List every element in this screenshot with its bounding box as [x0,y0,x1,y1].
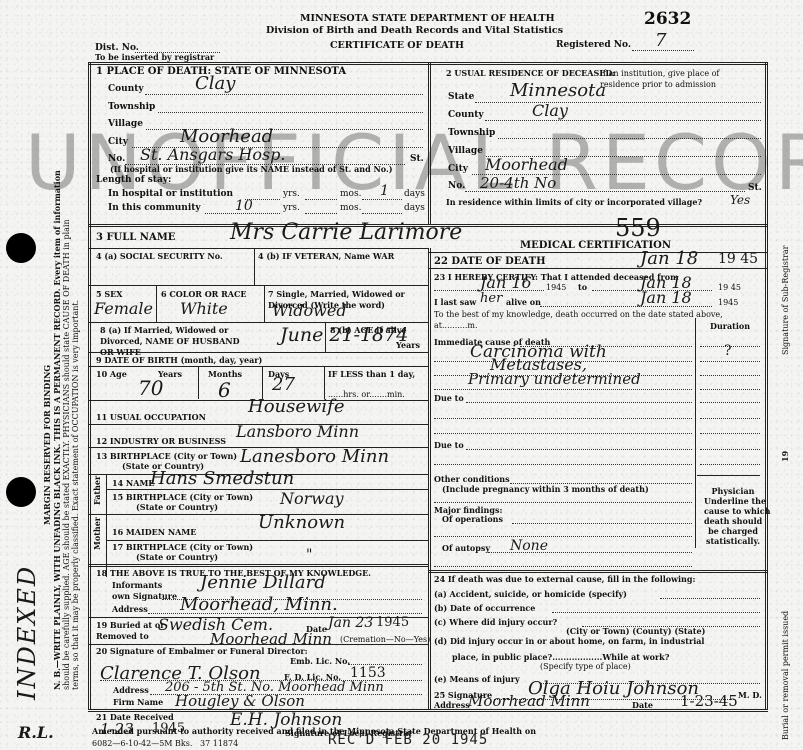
occupation-label: 11 USUAL OCCUPATION [96,412,206,423]
city-limits-question: In residence within limits of city or in… [446,197,702,208]
last-saw-year: 1945 [718,297,738,308]
res-county-label: County [448,110,484,121]
operations-label: Of operations [442,514,503,525]
race-value: White [180,302,228,316]
burial-permit-label: Burial or removal permit issued [780,611,791,740]
attended-to-year: 19 45 [718,282,741,293]
mother-maiden-label: 16 MAIDEN NAME [112,527,196,538]
st-label: St. [410,154,424,165]
external-cause-heading: 24 If death was due to external cause, f… [434,574,695,585]
age-days-value: 27 [272,376,295,394]
days-label: days [404,189,425,200]
registrar-initials: R.L. [18,726,54,740]
institution-note: (If hospital or institution give its NAM… [110,164,393,175]
industry-label: 12 INDUSTRY OR BUSINESS [96,436,226,447]
ssn-label: 4 (a) SOCIAL SECURITY No. [96,251,223,262]
md-label: M. D. [738,690,762,701]
fd-lic-value: 1153 [350,666,386,680]
sub-registrar-signature-label: Signature of Sub-Registrar [780,245,791,355]
due-to-label-1: Due to [434,393,464,404]
city-limits-value: Yes [730,193,750,207]
res-city-label: City [448,164,468,175]
last-saw-label: I last saw [434,297,476,308]
cause-line-3: Primary undetermined [468,372,641,386]
punch-hole [6,233,36,263]
yrs-label: yrs. [283,203,300,214]
autopsy-label: Of autopsy [442,543,490,554]
last-saw-pronoun: her [480,292,502,306]
physician-note-line: death should [704,516,762,526]
mos-label: mos. [340,203,361,214]
alive-on-label: alive on [506,297,541,308]
father-name-value: Hans Smedstun [150,470,294,488]
mother-side-label: Mother [92,517,103,550]
yrs-label: yrs. [283,189,300,200]
year-blank: 19 [780,451,791,462]
date-of-death-label: 22 DATE OF DEATH [434,256,546,267]
death-county-value: Clay [195,77,235,91]
physician-note-line: Underline the [704,496,762,506]
residence-heading: 2 USUAL RESIDENCE OF DECEASED: [446,68,615,79]
township-label: Township [108,102,155,113]
informant-address: Moorhead, Minn. [180,596,338,614]
received-stamp: REC'D FEB 20 1945 [328,733,488,747]
registered-no-value: 7 [655,34,666,48]
place-type-note: (Specify type of place) [540,661,631,672]
county-label: County [108,84,144,95]
injury-location-label: (c) Where did injury occur? [434,617,557,628]
res-county-value: Clay [532,104,568,118]
res-city-value: Moorhead [485,158,568,172]
res-address-value: 20-4th No [480,176,556,190]
print-code: 37 11874 [200,738,238,749]
residence-note: If an institution, give place of residen… [600,68,760,90]
accident-type-label: (a) Accident, suicide, or homicide (spec… [434,589,627,600]
embalmer-address-label: Address [113,685,149,696]
certificate-title: CERTIFICATE OF DEATH [330,40,464,51]
village-label: Village [108,119,143,130]
indexed-stamp: INDEXED [20,565,34,700]
res-village-label: Village [448,146,483,157]
res-street-no-label: No. [448,181,465,192]
registered-no-label: Registered No. [556,40,631,51]
death-city-value: Moorhead [180,130,273,144]
full-name-value: Mrs Carrie Larimore [230,222,462,244]
date-of-death-value: Jan 18 [640,250,698,268]
physician-date: 1-23-45 [680,694,738,708]
firm-name-value: Hougley & Olson [175,694,305,708]
length-of-stay-label: Length of stay: [96,175,171,186]
division-name: Division of Birth and Death Records and … [266,25,563,36]
res-township-label: Township [448,128,495,139]
less-than-day-label: IF LESS than 1 day, [328,369,424,380]
death-address-value: St. Ansgars Hosp. [140,148,285,162]
physician-note-line: Physician [704,486,762,496]
mother-birthplace-value: " [306,548,312,562]
injury-place-label: (d) Did injury occur in or about home, o… [434,636,704,647]
mother-maiden-value: Unknown [258,514,345,532]
physician-address-label: Address [434,700,470,711]
department-name: MINNESOTA STATE DEPARTMENT OF HEALTH [300,13,555,24]
to-label: to [578,282,587,293]
last-saw-date-value: Jan 18 [640,291,692,305]
res-state-label: State [448,92,474,103]
informant-address-label: Address [112,604,148,615]
mos-label: mos. [340,189,361,200]
community-years-value: 10 [235,199,253,213]
age-label: 10 Age [96,369,127,380]
hospital-stay-label: In hospital or institution [108,189,233,200]
duration-value: ? [724,344,732,358]
file-number: 2632 [644,10,691,28]
margin-instructions-3: terms, so that it may be properly classi… [70,300,81,690]
death-year-value: 19 45 [718,252,758,266]
age-years-value: 70 [138,378,163,398]
occurrence-date-label: (b) Date of occurrence [434,603,535,614]
birth-date-value: June 21-1874 [280,326,408,345]
firm-name-label: Firm Name [113,697,163,708]
means-of-injury-label: (e) Means of injury [434,674,520,685]
days-label: days [404,203,425,214]
duration-label: Duration [710,321,750,332]
hospital-days-value: 1 [380,184,389,198]
res-state-value: Minnesota [510,84,606,98]
father-side-label: Father [92,476,103,505]
father-name-label: 14 NAME [112,478,154,489]
veteran-label: 4 (b) IF VETERAN, Name WAR [258,251,394,262]
punch-hole [6,477,36,507]
physician-note-line: be charged [704,526,762,536]
marital-status-value: Widowed [272,304,347,318]
spouse-name-label: 8 (a) If Married, Widowed or Divorced, N… [100,325,250,358]
birthplace-value: Lanesboro Minn [240,448,389,466]
burial-date-value: Jan 23 [328,616,373,630]
informant-signature: Jennie Dillard [200,574,326,592]
burial-year-value: 1945 [376,616,409,630]
attended-from-value: Jan 16 [480,276,532,290]
physician-address: Moorhead Minn [468,694,590,708]
burial-date-label: Date [306,624,327,635]
father-birthplace-sublabel: (State or Country) [136,502,218,513]
sex-value: Female [94,302,153,316]
father-birthplace-value: Norway [280,492,344,506]
due-to-label-2: Due to [434,440,464,451]
physician-date-label: Date [632,700,653,711]
full-name-label: 3 FULL NAME [96,232,175,243]
occupation-value: Housewife [248,398,345,416]
form-number: 6082—6-10-42—5M Bks. [92,738,192,749]
industry-value: Lansboro Minn [236,425,359,439]
other-conditions-note: (Include pregnancy within 3 months of de… [442,484,649,495]
physician-note-line: statistically. [704,536,762,546]
physician-underline-note: Physician Underline the cause to which d… [704,486,762,546]
attended-from-year: 1945 [546,282,566,293]
birth-date-label: 9 DATE OF BIRTH (month, day, year) [96,355,262,366]
embalmer-label: 20 Signature of Embalmer or Funeral Dire… [96,646,308,657]
age-months-value: 6 [218,380,231,400]
autopsy-value: None [510,539,548,553]
file-annotation: 559 [615,216,661,240]
community-stay-label: In this community [108,203,201,214]
burial-label: 19 Buried at or Removed to [96,620,166,642]
mother-birthplace-sublabel: (State or Country) [136,552,218,563]
emb-lic-label: Emb. Lic. No. [290,656,350,667]
physician-note-line: cause to which [704,506,762,516]
city-label: City [108,137,128,148]
